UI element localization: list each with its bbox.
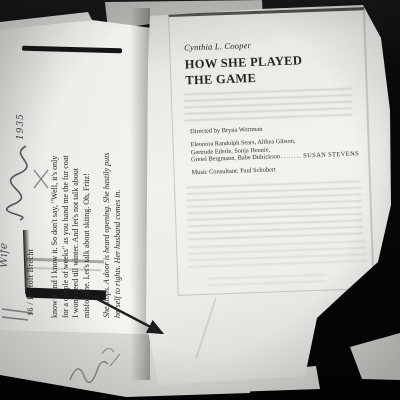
photocopy-toner-bar-top: [22, 46, 122, 54]
play-title-line2: THE GAME: [185, 71, 256, 88]
handwritten-note-wife: Wife: [0, 243, 10, 268]
pencil-tally-marks: [0, 304, 36, 326]
director-credit: Directed by Bryna Wortman: [190, 126, 263, 136]
handwritten-signature-scribble: [4, 142, 54, 222]
photo-stacked-papers: 16 / Bertolt Brecht know it and I know i…: [0, 0, 400, 400]
brecht-stage-direction: She stops. A door is heard opening. She …: [102, 58, 113, 318]
faint-ghost-text: [188, 240, 367, 272]
photocopied-title-page: Cynthia L. Cooper HOW SHE PLAYED THE GAM…: [168, 7, 375, 296]
paper-crease: [195, 297, 217, 358]
play-title-line1: HOW SHE PLAYED: [185, 53, 303, 72]
faint-ghost-text: [208, 274, 326, 289]
performer-name: SUSAN STEVENS: [303, 151, 359, 161]
brecht-passage-line: misfortune. Let's talk about skiing. Oh,…: [82, 58, 93, 318]
hand-drawn-arrow: [72, 280, 182, 342]
brecht-stage-direction: herself to rights. Her husband comes in.: [113, 58, 124, 318]
playwright-name: Cynthia L. Cooper: [184, 40, 251, 52]
brecht-passage-line: for a couple of weeks" as you hand me th…: [61, 58, 72, 318]
brecht-passage-line: I won't need till winter. And let's not …: [71, 58, 82, 318]
faint-ghost-text: [184, 88, 353, 126]
music-consultant-credit: Music Consultant: Paul Schubert: [191, 166, 276, 176]
handwritten-year: 1935: [16, 113, 26, 140]
cast-list: Eleonora Randolph Sears, Althea Gibson, …: [190, 135, 359, 164]
dotted-leader: ....................: [281, 153, 302, 161]
pencil-scribble: [58, 336, 128, 388]
faint-ghost-text: [186, 180, 363, 240]
